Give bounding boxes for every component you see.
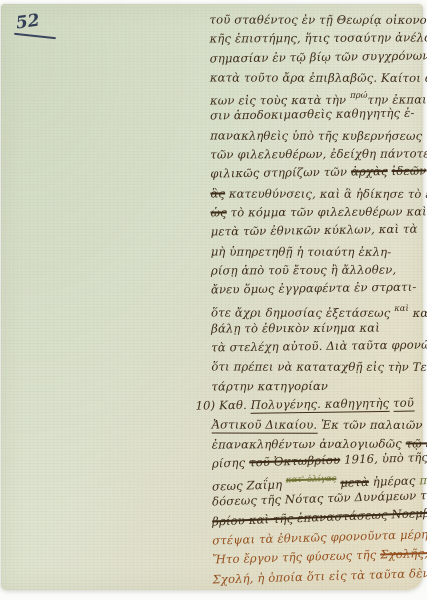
manuscript-segment: καθυ- <box>409 306 427 320</box>
manuscript-segment: ὅτι πρέπει νὰ καταταχθῇ εἰς τὴν Τε- <box>211 360 427 374</box>
manuscript-segment: τὰ στελέχη αὐτοῦ. Διὰ ταῦτα φρονῶ <box>211 338 427 355</box>
manuscript-segment: καὶ <box>394 304 409 314</box>
manuscript-line: τὰ στελέχη αὐτοῦ. Διὰ ταῦτα φρονῶ <box>211 336 425 358</box>
page-number: 52 <box>15 10 41 33</box>
manuscript-segment: ἀρχὰς <box>351 164 388 179</box>
manuscript-segment: 10) Καθ. <box>195 398 250 413</box>
manuscript-segment: ὡς <box>211 205 227 219</box>
manuscript-segment: ρίσῃ ἀπὸ τοῦ ἔτους ἢ ἄλλοθεν, <box>211 262 396 277</box>
manuscript-segment: σημασίαν ἐν τῷ βίῳ τῶν συγχρόνων ἐθνῶν <box>210 47 427 65</box>
manuscript-line: πανακληθεὶς ὑπὸ τῆς κυβερνήσεως <box>210 126 424 146</box>
manuscript-line: μετὰ τῶν ἐθνικῶν κύκλων, καὶ τὰ <box>211 220 425 242</box>
manuscript-segment: ὅτε ἄχρι δημοσίας ἐξετάσεως <box>211 306 394 320</box>
manuscript-segment: κατὰ τοῦτο ἄρα ἐπιβλαβῶς. Καίτοι ἀνή- <box>210 70 427 84</box>
manuscript-segment: Ἐκ τῶν παλαιῶν <box>317 418 422 432</box>
manuscript-segment: τὸ κόμμα τῶν φιλελευθέρων καὶ <box>227 204 427 219</box>
manuscript-line: σημασίαν ἐν τῷ βίῳ τῶν συγχρόνων ἐθνῶν <box>210 46 424 68</box>
manuscript-segment: μὴ ὑπηρετηθῇ ἡ τοιαύτη ἐκλη- <box>211 244 392 258</box>
manuscript-segment: 1916, ὑπὸ τῆς Κυβερνή- <box>340 448 427 466</box>
page-number-underline <box>14 33 56 39</box>
manuscript-line: ἄνευ ὅμως ἐγγραφέντα ἐν στρατι- <box>211 278 425 300</box>
scan-background: 52 τοῦ σταθέντος ἐν τῇ Θεωρίᾳ οἰκονομι-κ… <box>0 0 427 600</box>
manuscript-segment: Ἀστικοῦ Δικαίου. <box>212 418 318 434</box>
manuscript-segment: πανακληθεὶς ὑπὸ τῆς κυβερνήσεως <box>210 128 422 142</box>
manuscript-line: μὴ ὑπηρετηθῇ ἡ τοιαύτη ἐκλη- <box>211 242 425 262</box>
manuscript-segment: κατευθύνσεις, καὶ ἃ ἠδίκησε τὸ ἔθνος <box>225 186 427 200</box>
manuscript-segment: Πολυγένης. καθηγητὴς <box>251 396 390 414</box>
manuscript-segment: τάρτην κατηγορίαν <box>211 379 328 394</box>
manuscript-segment: τοῦ Ὀκτωβρίου <box>249 453 341 470</box>
manuscript-line: σιν ἀποδοκιμασθεὶς καθηγητὴς ἐ- <box>210 104 424 126</box>
manuscript-segment: σιν ἀποδοκιμασθεὶς καθηγητὴς ἐ- <box>210 106 415 123</box>
manuscript-segment: Σχολή, ἡ ὁποία ὅτι εἰς τὰ ταῦτα δὲν <box>212 566 427 586</box>
manuscript-segment: ἄνευ ὅμως ἐγγραφέντα ἐν στρατι- <box>211 280 417 297</box>
manuscript-segment: ἰδεῶν <box>391 164 426 178</box>
manuscript-segment: κατ' ὀλίγας <box>286 474 337 485</box>
manuscript-line: Ἀστικοῦ Δικαίου. Ἐκ τῶν παλαιῶν <box>212 416 426 436</box>
manuscript-segment: Ἤτο ἔργον τῆς φύσεως τῆς <box>212 548 380 567</box>
manuscript-line: τοῦ σταθέντος ἐν τῇ Θεωρίᾳ οἰκονομι- <box>210 11 424 31</box>
manuscript-segment: φιλικῶς στηρίζων τῶν <box>210 165 351 181</box>
manuscript-segment: τοῦ σταθέντος ἐν τῇ Θεωρίᾳ οἰκονομι- <box>210 13 427 27</box>
manuscript-segment: κῆς ἐπιστήμης, ἥτις τοσαύτην ἀνέλαβε <box>210 31 427 46</box>
paper-sheet: 52 τοῦ σταθέντος ἐν τῇ Θεωρίᾳ οἰκονομι-κ… <box>1 4 423 590</box>
manuscript-segment: ρίσης <box>212 455 250 470</box>
manuscript-segment: μετὰ τῶν ἐθνικῶν κύκλων, καὶ τὰ <box>211 222 418 239</box>
manuscript-line: 10) Καθ. Πολυγένης. καθηγητὴς τοῦ <box>195 393 425 416</box>
manuscript-line: ὅτι πρέπει νὰ καταταχθῇ εἰς τὴν Τε- <box>211 358 425 378</box>
manuscript-segment: βάλῃ τὸ ἐθνικὸν κίνημα καὶ <box>211 320 380 335</box>
manuscript-segment: πρώ <box>350 91 368 101</box>
manuscript-segment: τῶν φιλελευθέρων, ἐδείχθη πάντοτε <box>210 146 427 161</box>
manuscript-segment: ἃς <box>210 186 225 200</box>
manuscript-text: τοῦ σταθέντος ἐν τῇ Θεωρίᾳ οἰκονομι-κῆς … <box>195 9 426 589</box>
manuscript-segment: Σχολῆς, ἡ <box>380 546 427 562</box>
manuscript-line: κατὰ τοῦτο ἄρα ἐπιβλαβῶς. Καίτοι ἀνή- <box>210 68 424 88</box>
manuscript-line: ἃς κατευθύνσεις, καὶ ἃ ἠδίκησε τὸ ἔθνος <box>210 184 424 204</box>
manuscript-line: ὅτε ἄχρι δημοσίας ἐξετάσεως καὶ καθυ- <box>211 300 425 320</box>
manuscript-segment: τοῦ <box>393 395 414 411</box>
manuscript-line: φιλικῶς στηρίζων τῶν ἀρχὰς ἰδεῶν <box>210 162 424 184</box>
